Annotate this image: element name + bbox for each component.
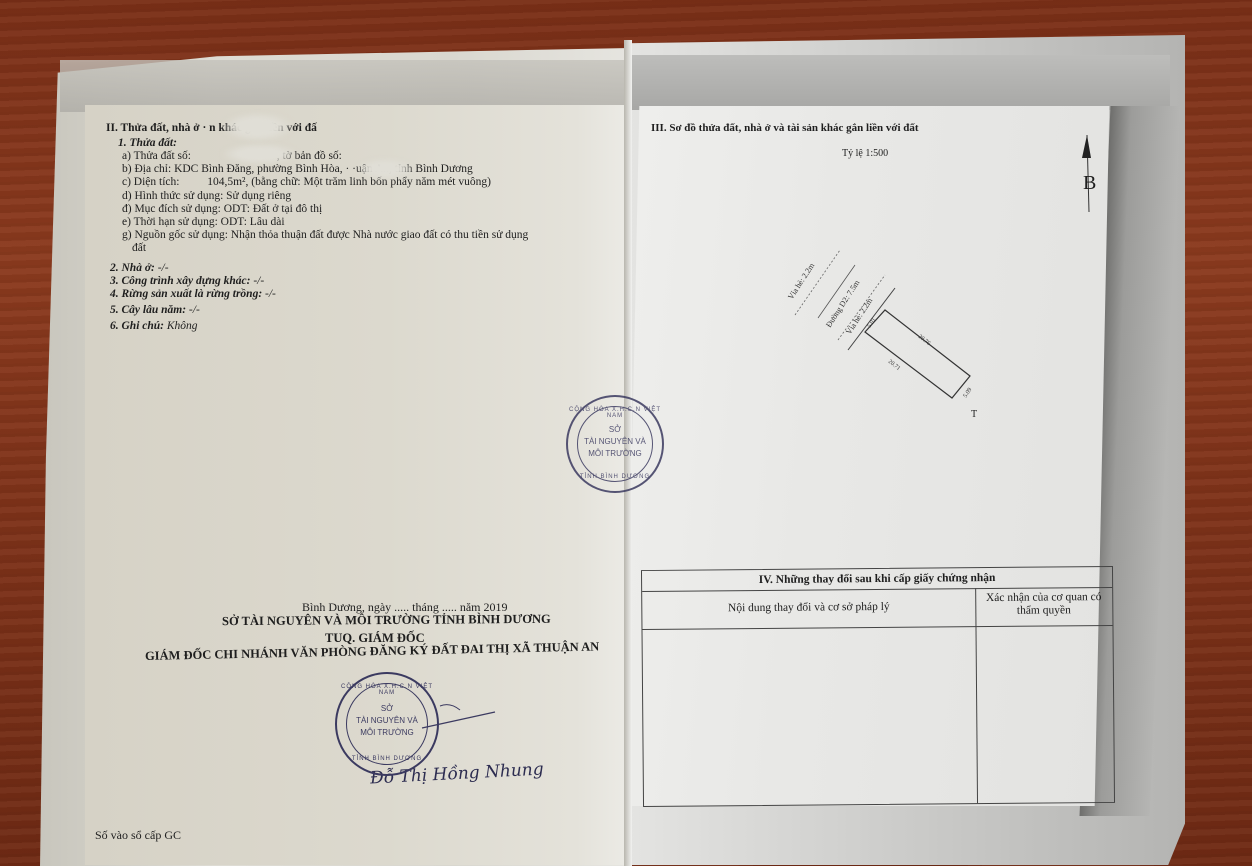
forest-item: 4. Rừng sản xuất là rừng trồng: -/- bbox=[110, 288, 276, 301]
item-label: đ) Mục đích sử dụng: bbox=[122, 203, 221, 215]
item-label: a) Thửa đất số: bbox=[122, 150, 191, 162]
item-label: 3. Công trình xây dựng khác: bbox=[110, 275, 250, 287]
land-heading: 1. Thửa đất: bbox=[118, 137, 177, 150]
official-seal-stamp: CỘNG HÒA X.H.C.N VIỆT NAM SỞ TÀI NGUYÊN … bbox=[566, 395, 664, 493]
stamp-line-3: MÔI TRƯỜNG bbox=[568, 449, 662, 459]
item-value: -/- bbox=[253, 275, 264, 287]
redaction-blur bbox=[220, 112, 295, 142]
house-item: 2. Nhà ở: -/- bbox=[110, 262, 169, 275]
table-header-divider bbox=[642, 625, 1112, 630]
stamp-line-2: TÀI NGUYÊN VÀ bbox=[568, 437, 662, 447]
stamp-ring-top: CỘNG HÒA X.H.C.N VIỆT NAM bbox=[568, 407, 662, 419]
section-iii-title: III. Sơ đồ thửa đất, nhà ở và tài sản kh… bbox=[651, 122, 919, 135]
item-label: b) Địa chỉ: bbox=[122, 163, 171, 175]
stamp-line-1: SỞ bbox=[568, 425, 662, 435]
item-label: c) Diện tích: bbox=[122, 176, 179, 188]
item-label: 2. Nhà ở: bbox=[110, 262, 155, 274]
land-item-usage-form: d) Hình thức sử dụng: Sử dụng riêng bbox=[122, 190, 291, 203]
copy-shadow-band bbox=[630, 55, 1170, 110]
item-label: 6. Ghi chú: bbox=[110, 320, 164, 332]
column-header-content: Nội dung thay đổi và cơ sở pháp lý bbox=[642, 600, 975, 615]
stamp-line-2: TÀI NGUYÊN VÀ bbox=[337, 716, 437, 726]
land-item-origin: g) Nguồn gốc sử dụng: Nhận thỏa thuận đấ… bbox=[122, 229, 528, 242]
item-value: Sử dụng riêng bbox=[226, 190, 291, 202]
item-label: e) Thời hạn sử dụng: bbox=[122, 216, 218, 228]
item-value: Nhận thỏa thuận đất được Nhà nước giao đ… bbox=[231, 229, 529, 241]
item-value: 104,5m², (bằng chữ: Một trăm linh bốn ph… bbox=[207, 176, 491, 188]
item-label: g) Nguồn gốc sử dụng: bbox=[122, 229, 228, 241]
item-value: KDC Bình Đăng, phường Bình Hòa, · ·uận A… bbox=[174, 163, 473, 175]
dimension-label: 5.09 bbox=[963, 387, 974, 399]
other-construction-item: 3. Công trình xây dựng khác: -/- bbox=[110, 275, 264, 288]
item-value: -/- bbox=[158, 262, 169, 274]
dimension-label: 20.76 bbox=[917, 334, 931, 347]
perennial-item: 5. Cây lâu năm: -/- bbox=[110, 304, 200, 317]
land-item-area: c) Diện tích: 104,5m², (bằng chữ: Một tr… bbox=[122, 176, 491, 189]
item-label: 5. Cây lâu năm: bbox=[110, 304, 186, 316]
official-seal-stamp: CỘNG HÒA X.H.C.N VIỆT NAM SỞ TÀI NGUYÊN … bbox=[335, 672, 439, 776]
changes-table-title: IV. Những thay đổi sau khi cấp giấy chứn… bbox=[642, 567, 1112, 592]
stamp-line-3: MÔI TRƯỜNG bbox=[337, 728, 437, 738]
stamp-ring-bottom: TỈNH BÌNH DƯƠNG bbox=[568, 474, 662, 480]
land-item-address: b) Địa chỉ: KDC Bình Đăng, phường Bình H… bbox=[122, 163, 473, 176]
table-column-divider bbox=[975, 588, 978, 803]
land-item-purpose: đ) Mục đích sử dụng: ODT: Đất ở tại đô t… bbox=[122, 203, 322, 216]
item-label: 4. Rừng sản xuất là rừng trồng: bbox=[110, 288, 262, 300]
stamp-ring-top: CỘNG HÒA X.H.C.N VIỆT NAM bbox=[337, 684, 437, 696]
signature-agency: SỞ TÀI NGUYÊN VÀ MÔI TRƯỜNG TỈNH BÌNH DƯ… bbox=[222, 613, 551, 628]
land-item-term: e) Thời hạn sử dụng: ODT: Lâu dài bbox=[122, 216, 285, 229]
registry-number-label: Số vào sổ cấp GC bbox=[95, 829, 181, 842]
note-item: 6. Ghi chú: Không bbox=[110, 320, 198, 333]
redaction-blur bbox=[220, 143, 300, 165]
sidewalk-label: Vỉa hè: 2.2m bbox=[786, 261, 817, 301]
land-item-origin-cont: đất bbox=[132, 242, 146, 255]
item-value: -/- bbox=[189, 304, 200, 316]
changes-table: IV. Những thay đổi sau khi cấp giấy chứn… bbox=[641, 566, 1115, 807]
north-label: B bbox=[1083, 172, 1096, 194]
item-value: Không bbox=[167, 320, 198, 332]
dimension-label: 20.71 bbox=[887, 359, 901, 372]
east-label: T bbox=[971, 408, 977, 421]
dimension-label: 5.01 bbox=[867, 317, 878, 329]
redaction-blur bbox=[355, 158, 415, 180]
stamp-ring-bottom: TỈNH BÌNH DƯƠNG bbox=[337, 756, 437, 762]
stamp-line-1: SỞ bbox=[337, 704, 437, 714]
item-label: d) Hình thức sử dụng: bbox=[122, 190, 223, 202]
column-header-confirmation: Xác nhận của cơ quan có thẩm quyền bbox=[975, 591, 1112, 618]
map-scale: Tỷ lệ 1:500 bbox=[842, 147, 888, 160]
item-value: ODT: Đất ở tại đô thị bbox=[224, 203, 322, 215]
item-value: -/- bbox=[265, 288, 276, 300]
item-value: ODT: Lâu dài bbox=[221, 216, 285, 228]
